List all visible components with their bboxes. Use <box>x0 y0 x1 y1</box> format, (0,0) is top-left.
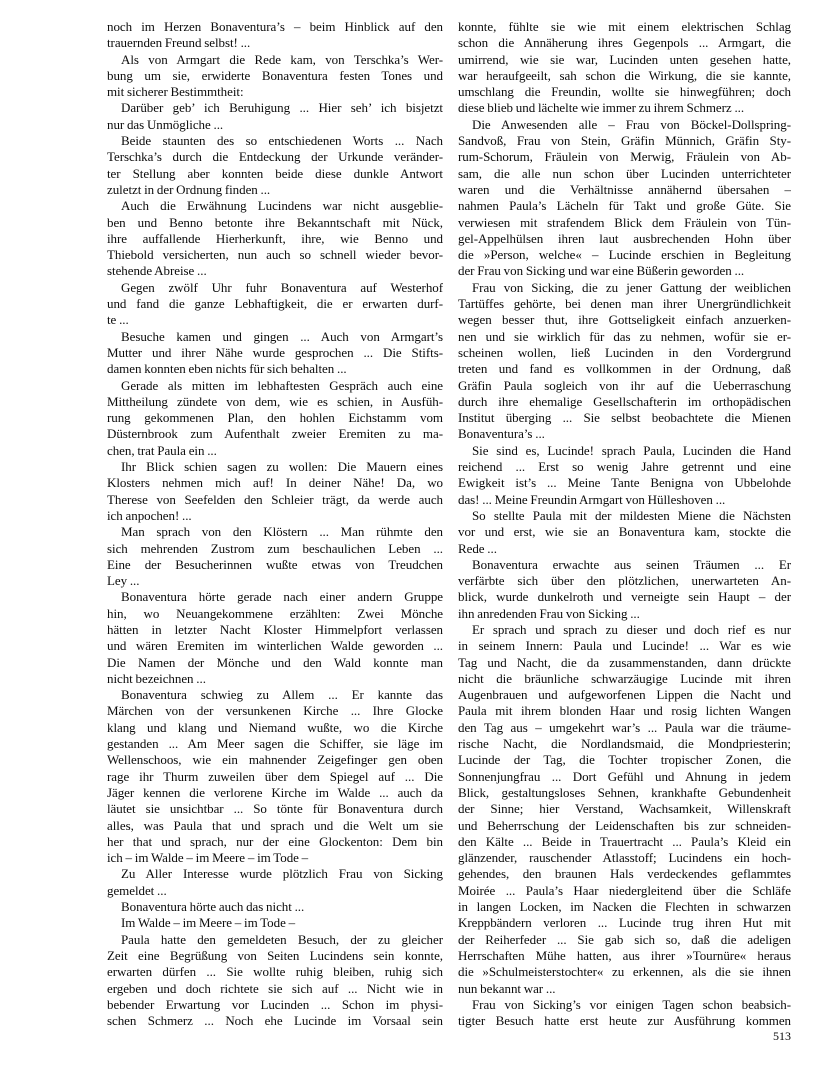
text-line: Bonaventura hörte auch das nicht ... <box>107 899 443 915</box>
text-line: vor und erst, wie sie an Bonaventura kam… <box>458 524 791 540</box>
text-line: Paula mit ihrem blonden Haar und rosig l… <box>458 703 791 719</box>
text-line: Als von Armgart die Rede kam, von Tersch… <box>107 52 443 68</box>
text-line: noch im Herzen Bonaventura’s – beim Hinb… <box>107 19 443 35</box>
text-line: Wellenschoos, wie ein mahnender Zeigefin… <box>107 752 443 768</box>
text-line: der Frau von Sicking und war eine Büßeri… <box>458 263 791 279</box>
text-line: in langen Locken, im Nacken die Flechten… <box>458 899 791 915</box>
text-line: rische Nacht, die Nordlandsmaid, die Mon… <box>458 736 791 752</box>
text-line: stehende Abreise ... <box>107 263 443 279</box>
paragraph: Bonaventura hörte auch das nicht ... <box>107 899 443 915</box>
book-page: noch im Herzen Bonaventura’s – beim Hinb… <box>0 0 819 1065</box>
text-line: klang und klang und Niemand wußte, wo di… <box>107 720 443 736</box>
text-line: umschlang die Freundin, wollte sie hinwe… <box>458 84 791 100</box>
text-line: Augenbrauen und aufgeworfenen Lippen die… <box>458 687 791 703</box>
text-line: damen konnten eben nichts für sich behal… <box>107 361 443 377</box>
text-line: und Beherrschung der Leidenschaften bis … <box>458 818 791 834</box>
text-line: Die Namen der Mönche und den Wald konnte… <box>107 655 443 671</box>
text-line: Man sprach von den Klöstern ... Man rühm… <box>107 524 443 540</box>
text-line: reichend ... Erst so wenig Jahre getrenn… <box>458 459 791 475</box>
text-line: Mittheilung zündete von dem, wie es schi… <box>107 394 443 410</box>
text-line: glänzender, rauschender Atlasstoff; Luci… <box>458 850 791 866</box>
text-line: der Sinne; hier Verstand, Wachsamkeit, W… <box>458 801 791 817</box>
paragraph: Ihr Blick schien sagen zu wollen: Die Ma… <box>107 459 443 524</box>
paragraph: So stellte Paula mit der mildesten Miene… <box>458 508 791 557</box>
text-line: gehendes, den braunen Hals verdeckendes … <box>458 866 791 882</box>
text-line: schen Schmerz ... Noch ehe Lucinde im Vo… <box>107 1013 443 1029</box>
text-line: Frau von Sicking, die zu jener Gattung d… <box>458 280 791 296</box>
text-line: Therese von Seefelden den Schleier trägt… <box>107 492 443 508</box>
text-line: rung gekommenen Plan, den hohlen Eichsta… <box>107 410 443 426</box>
text-line: nun bekannt war ... <box>458 981 791 997</box>
text-line: schon die Annäherung ihres Gegenpols ...… <box>458 35 791 51</box>
paragraph: Frau von Sicking’s vor einigen Tagen sch… <box>458 997 791 1030</box>
text-line: ihn anredenden Frau von Sicking ... <box>458 606 791 622</box>
text-line: sich mehrenden Zustrom zum beschaulichen… <box>107 541 443 557</box>
paragraph: noch im Herzen Bonaventura’s – beim Hinb… <box>107 19 443 52</box>
text-line: Eine der Besucherinnen wußte etwas von T… <box>107 557 443 573</box>
text-line: gemeldet ... <box>107 883 443 899</box>
text-line: wegen besser thut, ihre Gottseligkeit ei… <box>458 312 791 328</box>
text-line: gel-Appelhülsen ihren laut ausbrechenden… <box>458 231 791 247</box>
text-column-left: noch im Herzen Bonaventura’s – beim Hinb… <box>107 19 443 1029</box>
text-line: ben und Benno betonte ihre Bekanntschaft… <box>107 215 443 231</box>
paragraph: Frau von Sicking, die zu jener Gattung d… <box>458 280 791 443</box>
text-line: Institut überging ... Sie selbst beobach… <box>458 410 791 426</box>
text-line: Er sprach und sprach zu dieser und doch … <box>458 622 791 638</box>
text-line: chen, trat Paula ein ... <box>107 443 443 459</box>
text-line: gestanden ... Am Meer sagen die Schiffer… <box>107 736 443 752</box>
text-line: erwarten dürfen ... Sie wollte ruhig ble… <box>107 964 443 980</box>
text-line: Märchen von der versunkenen Kirche ... I… <box>107 703 443 719</box>
paragraph: Zu Aller Interesse wurde plötzlich Frau … <box>107 866 443 899</box>
paragraph: Im Walde – im Meere – im Tode – <box>107 915 443 931</box>
text-line: Tag und Nacht, die da zusammenstanden, d… <box>458 655 791 671</box>
text-line: verwiesen mit strafendem Blick dem Fräul… <box>458 215 791 231</box>
text-line: ich anpochen! ... <box>107 508 443 524</box>
text-line: Lucinde der Tag, die Tochter tropischer … <box>458 752 791 768</box>
text-line: Tartüffes gehörte, bei denen man ihrer U… <box>458 296 791 312</box>
text-line: scheinen wollen, ließ Lucinden in den Vo… <box>458 345 791 361</box>
text-line: tigter Besuch hatte erst heute zur Ausfü… <box>458 1013 791 1029</box>
text-line: diese blieb und lächelte wie immer zu ih… <box>458 100 791 116</box>
text-line: rage ihr Thurm zuweilen über dem Spiegel… <box>107 769 443 785</box>
text-line: umirrend, wie sie war, Lucinden unten ge… <box>458 52 791 68</box>
text-line: Gräfin Paula sogleich von ihr auf die Ue… <box>458 378 791 394</box>
text-line: Im Walde – im Meere – im Tode – <box>107 915 443 931</box>
text-line: nicht bezeichnen ... <box>107 671 443 687</box>
text-line: Bonaventura’s ... <box>458 426 791 442</box>
text-line: ich – im Walde – im Meere – im Tode – <box>107 850 443 866</box>
text-line: war heraufgeeilt, sah schon die Wirkung,… <box>458 68 791 84</box>
text-line: hätten in letzter Nacht Kloster Himmelpf… <box>107 622 443 638</box>
paragraph: Beide staunten des so entschiedenen Wort… <box>107 133 443 198</box>
paragraph: Bonaventura hörte gerade nach einer ande… <box>107 589 443 687</box>
text-line: te ... <box>107 312 443 328</box>
text-line: den Tag aus – umgekehrt war’s ... Paula … <box>458 720 791 736</box>
text-line: Bonaventura erwachte aus seinen Träumen … <box>458 557 791 573</box>
text-line: Ley ... <box>107 573 443 589</box>
text-line: Gerade als mitten im lebhaftesten Gesprä… <box>107 378 443 394</box>
text-line: Düsternbrook zum Aufenthalt zweier Eremi… <box>107 426 443 442</box>
text-line: zuletzt in der Ordnung finden ... <box>107 182 443 198</box>
paragraph: Die Anwesenden alle – Frau von Böckel-Do… <box>458 117 791 280</box>
text-line: Zu Aller Interesse wurde plötzlich Frau … <box>107 866 443 882</box>
text-line: Besuche kamen und gingen ... Auch von Ar… <box>107 329 443 345</box>
text-line: ter Stellung aber konnten beide diese du… <box>107 166 443 182</box>
paragraph: Bonaventura erwachte aus seinen Träumen … <box>458 557 791 622</box>
text-line: her that und sprach, nur der eine Glocke… <box>107 834 443 850</box>
text-line: Rede ... <box>458 541 791 557</box>
paragraph: Bonaventura schwieg zu Allem ... Er kann… <box>107 687 443 866</box>
text-line: sam, die alle nun schon über Lucinden un… <box>458 166 791 182</box>
text-line: So stellte Paula mit der mildesten Miene… <box>458 508 791 524</box>
paragraph: Sie sind es, Lucinde! sprach Paula, Luci… <box>458 443 791 508</box>
text-line: rum-Schorum, Fräulein von Merwig, Fräule… <box>458 149 791 165</box>
paragraph: Er sprach und sprach zu dieser und doch … <box>458 622 791 997</box>
text-line: Kreppbändern verloren ... Lucinde trug i… <box>458 915 791 931</box>
text-line: konnte, fühlte sie wie mit einem elektri… <box>458 19 791 35</box>
text-line: und wären Eremiten im winterlichen Walde… <box>107 638 443 654</box>
text-line: verfärbte sich über den plötzlichen, une… <box>458 573 791 589</box>
text-line: Sandvoß, Frau von Stein, Gräfin Münnich,… <box>458 133 791 149</box>
text-line: waren und die Verhältnisse annähernd übe… <box>458 182 791 198</box>
paragraph: Auch die Erwähnung Lucindens war nicht a… <box>107 198 443 279</box>
text-line: Auch die Erwähnung Lucindens war nicht a… <box>107 198 443 214</box>
text-line: Mutter und ihrer Nähe wurde gesprochen .… <box>107 345 443 361</box>
text-line: alles, was Paula that und sprach und die… <box>107 818 443 834</box>
text-line: Klosters nehmen mich auf! In deiner Nähe… <box>107 475 443 491</box>
text-line: durch ihre ehemalige Gesellschafterin im… <box>458 394 791 410</box>
text-line: in seinem Innern: Paula und Lucinde! ...… <box>458 638 791 654</box>
text-line: läutet sie unsichtbar ... So tönte für B… <box>107 801 443 817</box>
text-line: Frau von Sicking’s vor einigen Tagen sch… <box>458 997 791 1013</box>
text-line: nen und sie wirklich für das zu nehmen, … <box>458 329 791 345</box>
text-line: Thiebold versicherten, nun auch so schne… <box>107 247 443 263</box>
text-columns: noch im Herzen Bonaventura’s – beim Hinb… <box>107 19 791 1029</box>
text-line: den Kälte ... Beide in Trauertracht ... … <box>458 834 791 850</box>
text-line: treten und fand es vollkommen in der Ord… <box>458 361 791 377</box>
text-line: Moirée ... Paula’s Haar niedergleitend ü… <box>458 883 791 899</box>
text-line: nur das Unmögliche ... <box>107 117 443 133</box>
paragraph: konnte, fühlte sie wie mit einem elektri… <box>458 19 791 117</box>
text-line: Zeit eine Begrüßung von Seiten Lucindens… <box>107 948 443 964</box>
paragraph: Man sprach von den Klöstern ... Man rühm… <box>107 524 443 589</box>
text-line: Bonaventura hörte gerade nach einer ande… <box>107 589 443 605</box>
text-line: die »Person, welche« – Lucinde erschien … <box>458 247 791 263</box>
paragraph: Gerade als mitten im lebhaftesten Gesprä… <box>107 378 443 459</box>
text-line: und fand die ganze Lebhaftigkeit, die er… <box>107 296 443 312</box>
text-line: hin, wo Neuangekommene erzählten: Zwei M… <box>107 606 443 622</box>
text-line: trauernden Freund selbst! ... <box>107 35 443 51</box>
paragraph: Besuche kamen und gingen ... Auch von Ar… <box>107 329 443 378</box>
text-line: Ihr Blick schien sagen zu wollen: Die Ma… <box>107 459 443 475</box>
text-line: Darüber geb’ ich Beruhigung ... Hier seh… <box>107 100 443 116</box>
text-line: die »Schulmeisterstochter« zu erkennen, … <box>458 964 791 980</box>
text-line: nahmen Paula’s Lächeln für Takt und groß… <box>458 198 791 214</box>
paragraph: Als von Armgart die Rede kam, von Tersch… <box>107 52 443 101</box>
text-line: ergeben und doch richtete sie sich auf .… <box>107 981 443 997</box>
text-line: Blick, gestaltungsloses Sehnen, krankhaf… <box>458 785 791 801</box>
text-line: Sie sind es, Lucinde! sprach Paula, Luci… <box>458 443 791 459</box>
paragraph: Gegen zwölf Uhr fuhr Bonaventura auf Wes… <box>107 280 443 329</box>
text-line: Jäger kennen die verlorene Kirche im Wal… <box>107 785 443 801</box>
text-line: der Reiherfeder ... Sie gab sich so, daß… <box>458 932 791 948</box>
text-line: Ewigkeit ist’s ... Meine Tante Benigna v… <box>458 475 791 491</box>
text-column-right: konnte, fühlte sie wie mit einem elektri… <box>458 19 791 1029</box>
text-line: Die Anwesenden alle – Frau von Böckel-Do… <box>458 117 791 133</box>
paragraph: Paula hatte den gemeldeten Besuch, der z… <box>107 932 443 1030</box>
text-line: Bonaventura schwieg zu Allem ... Er kann… <box>107 687 443 703</box>
text-line: blick, wurde dunkelroth und verneigte se… <box>458 589 791 605</box>
text-line: nicht die bräunliche schwarzäugige Lucin… <box>458 671 791 687</box>
text-line: Herrschaften Mühe hatten, aus ihrer »Tou… <box>458 948 791 964</box>
text-line: Sonnenjungfrau ... Dort Gefühl und Ahnun… <box>458 769 791 785</box>
text-line: mit sicherer Bestimmtheit: <box>107 84 443 100</box>
page-number: 513 <box>773 1029 791 1043</box>
paragraph: Darüber geb’ ich Beruhigung ... Hier seh… <box>107 100 443 133</box>
text-line: das! ... Meine Freundin Armgart von Hüll… <box>458 492 791 508</box>
text-line: Terschka’s durch die Entdeckung der Urku… <box>107 149 443 165</box>
text-line: Beide staunten des so entschiedenen Wort… <box>107 133 443 149</box>
text-line: Gegen zwölf Uhr fuhr Bonaventura auf Wes… <box>107 280 443 296</box>
text-line: Paula hatte den gemeldeten Besuch, der z… <box>107 932 443 948</box>
text-line: bung um sie, erwiderte Bonaventura feste… <box>107 68 443 84</box>
text-line: ihre auffallende Hierherkunft, ihre, wie… <box>107 231 443 247</box>
text-line: bebender Erwartung vor Lucinden ... Scho… <box>107 997 443 1013</box>
